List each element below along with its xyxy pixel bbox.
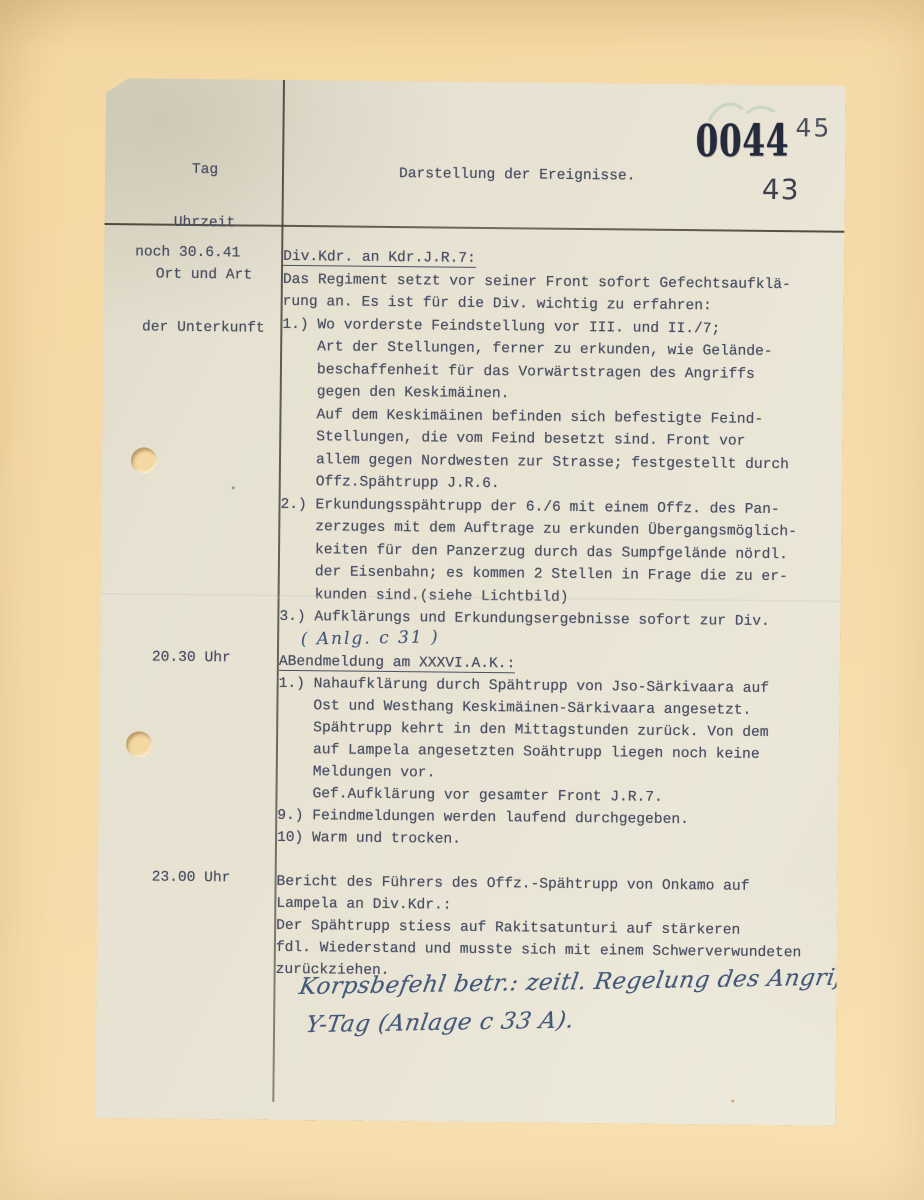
- typed-line: 10) Warm und trocken.: [277, 827, 837, 855]
- line-text: Ost und Westhang Keskimäinen-Särkivaara …: [313, 698, 751, 719]
- line-text: keiten für den Panzerzug durch das Sumpf…: [315, 542, 788, 563]
- line-text: rung an. Es ist für die Div. wichtig zu …: [283, 294, 712, 314]
- events-column-title: Darstellung der Ereignisse.: [399, 166, 636, 184]
- header-line-unterkunft: der Unterkunft: [128, 319, 278, 338]
- page-number-bottom: 43: [762, 173, 800, 206]
- faint-pencil-mark: [704, 98, 784, 129]
- handwritten-note-line-2: Y-Tag (Anlage c 33 A).: [304, 1008, 576, 1039]
- line-text: Spähtrupp kehrt in den Mittagstunden zur…: [313, 720, 769, 741]
- line-text: 1.) Nahaufklärung durch Spähtrupp von Js…: [279, 676, 770, 697]
- underlined-heading: Div.Kdr. an Kdr.J.R.7:: [283, 249, 476, 268]
- punch-hole: [126, 731, 152, 757]
- line-text: Offz.Spähtrupp J.R.6.: [316, 474, 500, 492]
- underlined-heading: ABendmeldung am XXXVI.A.K.:: [279, 654, 516, 673]
- line-text: Auf dem Keskimäinen befinden sich befest…: [316, 407, 763, 428]
- header-line-tag: Tag: [130, 161, 280, 180]
- line-text: fdl. Wiederstand und musste sich mit ein…: [276, 940, 802, 962]
- line-text: beschaffenheit für das Vorwärtstragen de…: [317, 362, 755, 383]
- line-text: Stellungen, die vom Feind besetzt sind. …: [316, 429, 745, 449]
- line-text: auf Lampela angesetzten Soähtrupp liegen…: [313, 742, 760, 763]
- ink-speck: [655, 748, 658, 751]
- document-page: Tag Uhrzeit Ort und Art der Unterkunft D…: [95, 78, 846, 1126]
- entry-date-label: noch 30.6.41: [135, 244, 240, 261]
- scanned-war-diary-page: { "colors": { "mat": "#f4d8a3", "paper":…: [0, 0, 924, 1200]
- line-text: Art der Stellungen, ferner zu erkunden, …: [317, 339, 773, 360]
- line-text: 1.) Wo vorderste Feindstellung vor III. …: [282, 316, 720, 337]
- line-text: ( Anlg. c 31 ): [301, 627, 440, 649]
- ink-speck: [731, 1100, 734, 1103]
- line-text: 10) Warm und trocken.: [277, 830, 461, 848]
- entry-block-abendmeldung: ABendmeldung am XXXVI.A.K.:1.) Nahaufklä…: [277, 651, 839, 855]
- entry-time-label: 20.30 Uhr: [152, 650, 231, 667]
- punch-hole: [131, 447, 157, 473]
- header-line-uhrzeit: Uhrzeit: [129, 214, 279, 233]
- line-text: Das Regiment setzt vor seiner Front sofo…: [283, 271, 791, 292]
- line-text: Meldungen vor.: [313, 764, 436, 781]
- line-text: 9.) Feindmeldungen werden laufend durchg…: [277, 808, 689, 828]
- line-text: Gef.Aufklärung vor gesamter Front J.R.7.: [312, 786, 662, 806]
- line-text: Lampela an Div.Kdr.:: [276, 896, 451, 914]
- line-text: der Eisenbahn; es kommen 2 Stellen in Fr…: [315, 564, 788, 585]
- line-text: gegen den Keskimäinen.: [317, 384, 510, 402]
- line-text: allem gegen Nordwesten zur Strasse; fest…: [316, 452, 789, 473]
- line-text: Bericht des Führers des Offz.-Spähtrupp …: [277, 874, 750, 895]
- line-text: 2.) Erkundungsspähtrupp der 6./6 mit ein…: [280, 496, 779, 517]
- entry-time-label: 23.00 Uhr: [152, 870, 231, 887]
- header-line-ort: Ort und Art: [129, 266, 279, 285]
- line-text: Der Spähtrupp stiess auf Rakitsatunturi …: [276, 918, 740, 939]
- ink-speck: [232, 486, 235, 489]
- line-text: zerzuges mit dem Auftrage zu erkunden Üb…: [315, 519, 797, 540]
- page-number-top: 45: [795, 113, 831, 142]
